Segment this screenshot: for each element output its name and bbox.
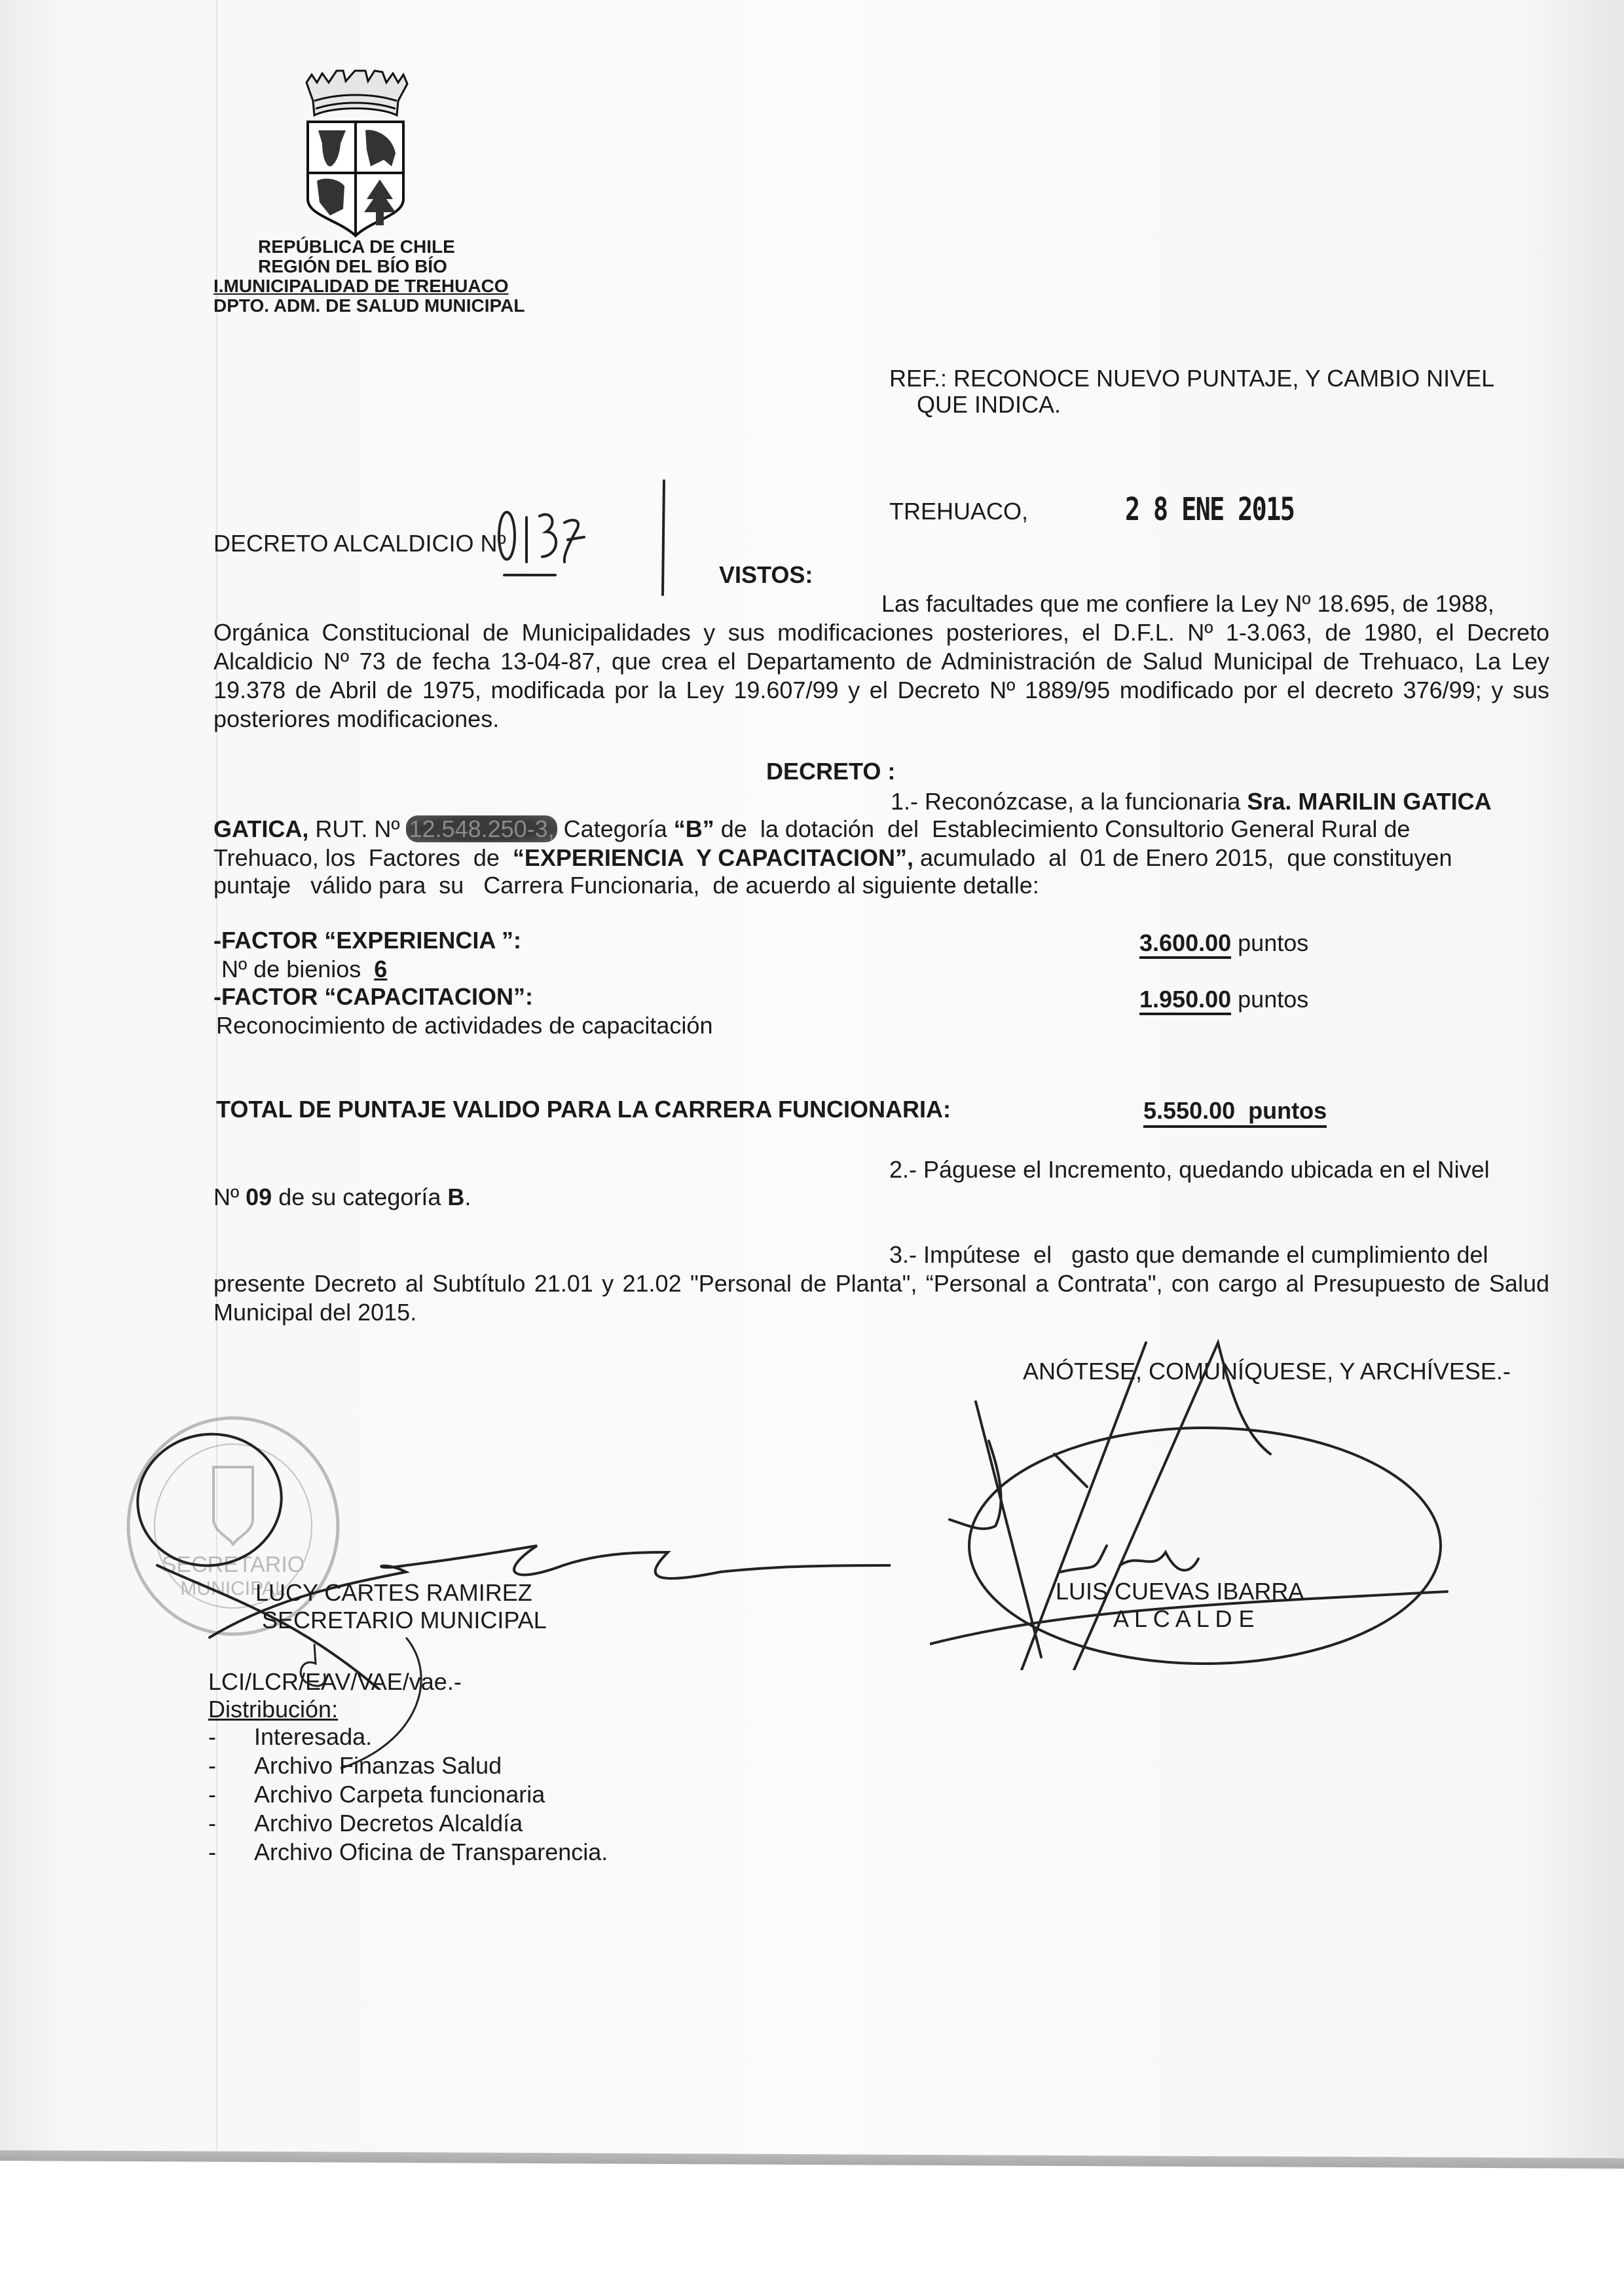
bienios-value: 6 — [374, 956, 387, 982]
item2-first-line: 2.- Páguese el Incremento, quedando ubic… — [889, 1155, 1490, 1184]
factor-experiencia-title: -FACTOR “EXPERIENCIA ”: — [213, 926, 521, 955]
vistos-heading: VISTOS: — [719, 561, 813, 589]
mayor-name: LUIS CUEVAS IBARRA — [1056, 1577, 1304, 1606]
total-value: 5.550.00 puntos — [1143, 1096, 1327, 1128]
factor-experiencia-points: 3.600.00 puntos — [1139, 929, 1308, 958]
distribution-item: -Interesada. — [208, 1723, 608, 1751]
letterhead: REPÚBLICA DE CHILE REGIÓN DEL BÍO BÍO I.… — [213, 237, 525, 316]
rut-redacted: 12.548.250-3, — [406, 815, 557, 842]
bienios-line: Nº de bienios 6 — [221, 955, 387, 984]
category: “B” — [674, 815, 714, 842]
distribution-label: Distribución: — [208, 1695, 338, 1724]
letterhead-municipality: I.MUNICIPALIDAD DE TREHUACO — [213, 276, 525, 296]
nivel-value: 09 — [246, 1184, 272, 1210]
letterhead-department: DPTO. ADM. DE SALUD MUNICIPAL — [213, 296, 525, 316]
item1-second-line: GATICA, RUT. Nº 12.548.250-3, Categoría … — [213, 815, 1549, 844]
total-label: TOTAL DE PUNTAJE VALIDO PARA LA CARRERA … — [216, 1095, 951, 1124]
secretary-name: LUCY CARTES RAMIREZ — [255, 1578, 532, 1607]
coat-of-arms-icon — [300, 68, 411, 238]
item3-first-line: 3.- Impútese el gasto que demande el cum… — [889, 1241, 1488, 1269]
item2-nivel-line: Nº 09 de su categoría B. — [213, 1183, 471, 1212]
vistos-first-line: Las facultades que me confiere la Ley Nº… — [881, 589, 1494, 618]
reference-line-2: QUE INDICA. — [917, 390, 1061, 419]
factor-capacitacion-points: 1.950.00 puntos — [1139, 985, 1308, 1014]
distribution-item: -Archivo Finanzas Salud — [208, 1751, 608, 1780]
closing-formula: ANÓTESE, COMUNÍQUESE, Y ARCHÍVESE.- — [1023, 1357, 1511, 1386]
item1-first-line: 1.- Reconózcase, a la funcionaria Sra. M… — [891, 787, 1492, 816]
initials: LCI/LCR/EAV/VAE/vae.- — [208, 1668, 462, 1696]
svg-text:SECRETARIO: SECRETARIO — [162, 1552, 305, 1577]
date-stamp: 2 8 ENE 2015 — [1125, 491, 1294, 528]
item1-fourth-line: puntaje válido para su Carrera Funcionar… — [213, 871, 1039, 900]
capacitacion-detail: Reconocimiento de actividades de capacit… — [216, 1011, 712, 1040]
place: TREHUACO, — [889, 498, 1028, 525]
distribution-list: -Interesada. -Archivo Finanzas Salud -Ar… — [208, 1723, 608, 1867]
decreto-heading: DECRETO : — [766, 757, 895, 786]
factor-capacitacion-title: -FACTOR “CAPACITACION”: — [213, 982, 533, 1011]
decree-number-label: DECRETO ALCALDICIO Nº — [213, 529, 506, 558]
reference-line-1: REF.: RECONOCE NUEVO PUNTAJE, Y CAMBIO N… — [889, 364, 1494, 393]
distribution-item: -Archivo Decretos Alcaldía — [208, 1809, 608, 1838]
letterhead-region: REGIÓN DEL BÍO BÍO — [213, 257, 525, 276]
secretary-title: SECRETARIO MUNICIPAL — [262, 1606, 547, 1635]
distribution-item: -Archivo Oficina de Transparencia. — [208, 1838, 608, 1867]
item1-third-line: Trehuaco, los Factores de “EXPERIENCIA Y… — [213, 844, 1452, 872]
vistos-paragraph: Orgánica Constitucional de Municipalidad… — [213, 618, 1549, 734]
item3-paragraph: presente Decreto al Subtítulo 21.01 y 21… — [213, 1269, 1549, 1327]
employee-name: Sra. MARILIN GATICA — [1247, 788, 1491, 815]
distribution-item: -Archivo Carpeta funcionaria — [208, 1780, 608, 1809]
mayor-title: A L C A L D E — [1113, 1605, 1254, 1633]
letterhead-country: REPÚBLICA DE CHILE — [213, 237, 525, 257]
